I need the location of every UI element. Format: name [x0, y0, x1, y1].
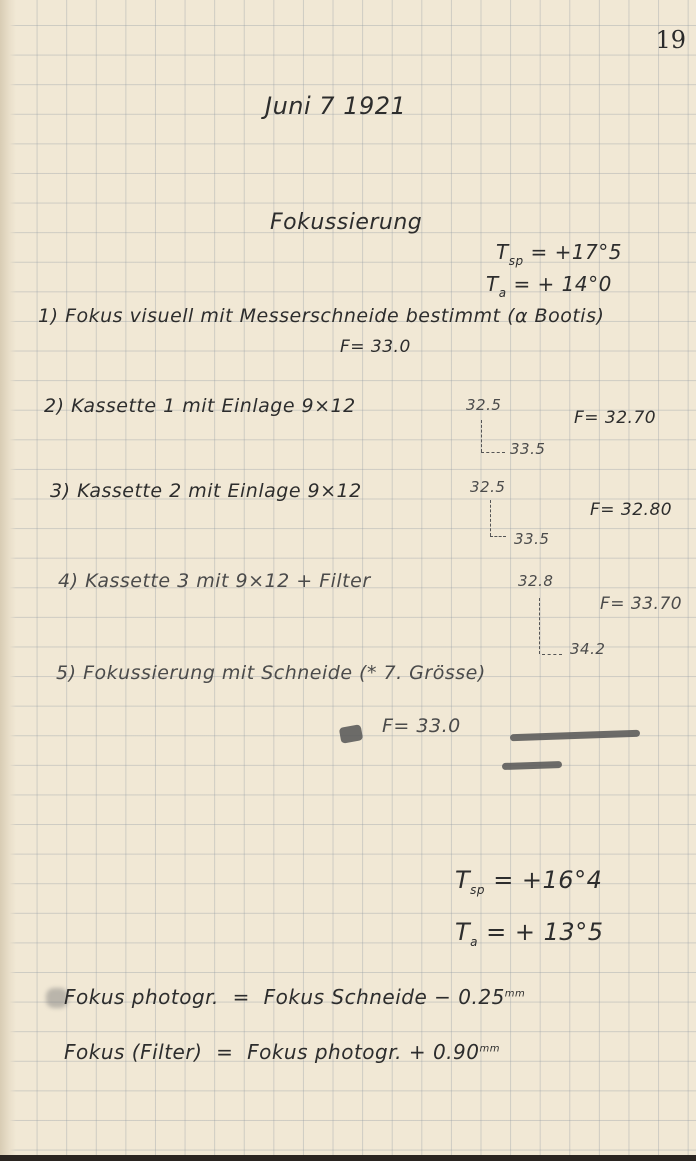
item-3: 3) Kassette 2 mit Einlage 9×12	[50, 480, 362, 502]
item-text: Fokussierung mit Schneide (* 7. Grösse)	[83, 662, 486, 684]
temp-value: = +16°4	[493, 866, 602, 894]
item-3-range-bottom: 33.5	[514, 530, 549, 548]
temperature-a-end: Ta = + 13°5	[455, 918, 603, 949]
conclusion-equals: =	[233, 985, 250, 1009]
conclusion-2: Fokus (Filter) = Fokus photogr. + 0.90mm	[64, 1040, 500, 1064]
unit-mark: mm	[479, 1043, 499, 1054]
conclusion-equals: =	[216, 1040, 233, 1064]
notebook-page: 19 Juni 7 1921 Fokussierung Tsp = +17°5 …	[0, 0, 696, 1161]
temp-subscript: sp	[470, 883, 485, 897]
range-bracket-line	[481, 420, 482, 452]
item-4: 4) Kassette 3 mit 9×12 + Filter	[58, 570, 371, 592]
temp-subscript: a	[499, 286, 507, 300]
item-4-range-top: 32.8	[518, 572, 553, 590]
item-3-result: F= 32.80	[590, 500, 672, 520]
conclusion-1: Fokus photogr. = Fokus Schneide − 0.25mm	[64, 985, 525, 1009]
item-1-result: F= 33.0	[340, 337, 411, 357]
temp-value: = +17°5	[530, 240, 622, 264]
range-bracket-line	[539, 598, 540, 654]
item-2-result: F= 32.70	[574, 408, 656, 428]
crossed-out-text	[510, 730, 640, 742]
item-1: 1) Fokus visuell mit Messerschneide best…	[38, 305, 604, 327]
item-2: 2) Kassette 1 mit Einlage 9×12	[44, 395, 356, 417]
conclusion-left: Fokus (Filter)	[64, 1040, 202, 1064]
item-4-result: F= 33.70	[600, 594, 682, 614]
item-5-result: F= 33.0	[382, 715, 461, 737]
item-number: 5)	[56, 662, 77, 684]
temperature-a-start: Ta = + 14°0	[486, 272, 612, 300]
temp-symbol: T	[455, 866, 470, 894]
range-bracket-line	[490, 536, 506, 537]
conclusion-left: Fokus photogr.	[64, 985, 219, 1009]
item-5: 5) Fokussierung mit Schneide (* 7. Gröss…	[56, 662, 486, 684]
item-3-range-top: 32.5	[470, 478, 505, 496]
item-text: Kassette 2 mit Einlage 9×12	[77, 480, 362, 502]
item-2-range-top: 32.5	[466, 396, 501, 414]
page-number: 19	[655, 26, 686, 54]
temp-symbol: T	[455, 918, 470, 946]
section-title: Fokussierung	[270, 210, 422, 235]
conclusion-right: Fokus photogr. + 0.90	[247, 1040, 479, 1064]
crossed-out-text	[502, 761, 562, 770]
item-number: 1)	[38, 305, 59, 327]
item-number: 3)	[50, 480, 71, 502]
item-number: 4)	[58, 570, 79, 592]
temp-symbol: T	[496, 240, 509, 264]
crossed-out-mark	[339, 724, 363, 744]
item-text: Kassette 3 mit 9×12 + Filter	[85, 570, 371, 592]
range-bracket-line	[481, 452, 505, 453]
unit-mark: mm	[505, 988, 525, 999]
conclusion-right: Fokus Schneide − 0.25	[264, 985, 505, 1009]
temp-value: = + 14°0	[513, 272, 611, 296]
page-binding-edge	[0, 0, 16, 1161]
item-number: 2)	[44, 395, 65, 417]
item-text: Kassette 1 mit Einlage 9×12	[71, 395, 356, 417]
temp-subscript: sp	[509, 254, 524, 268]
temperature-sp-start: Tsp = +17°5	[496, 240, 622, 268]
temperature-sp-end: Tsp = +16°4	[455, 866, 602, 897]
range-bracket-line	[490, 500, 491, 536]
range-bracket-line	[542, 654, 562, 655]
entry-date: Juni 7 1921	[265, 92, 406, 120]
temp-value: = + 13°5	[486, 918, 603, 946]
item-text: Fokus visuell mit Messerschneide bestimm…	[65, 305, 604, 327]
temp-subscript: a	[470, 935, 478, 949]
page-bottom-edge	[0, 1155, 696, 1161]
item-4-range-bottom: 34.2	[570, 640, 605, 658]
temp-symbol: T	[486, 272, 499, 296]
item-2-range-bottom: 33.5	[510, 440, 545, 458]
